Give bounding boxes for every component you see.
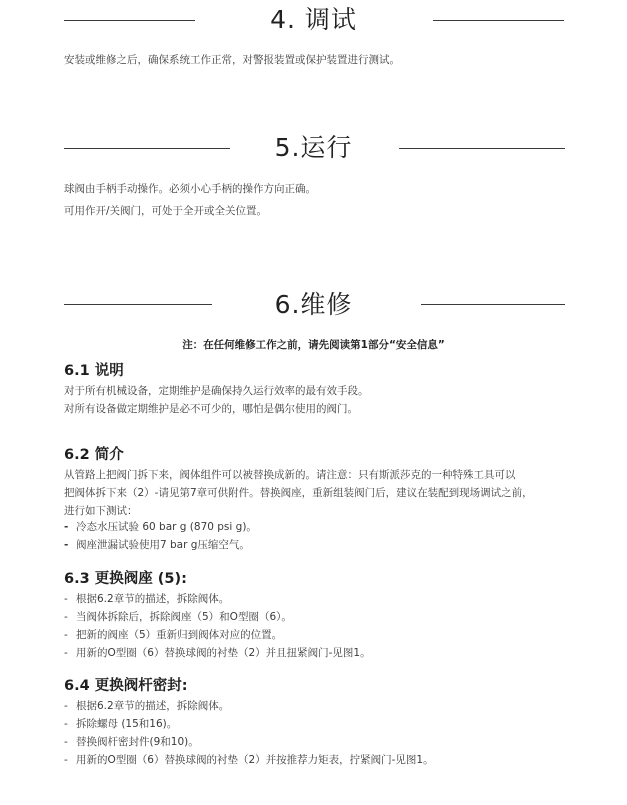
divider-right	[433, 20, 564, 21]
bullet-dash: -	[64, 626, 76, 644]
section-6-3-heading: 6.3 更换阀座 (5):	[64, 570, 187, 588]
section-6-1-line: 对所有设备做定期维护是必不可少的，哪怕是偶尔使用的阀门。	[64, 402, 358, 416]
list-item: -当阀体拆除后，拆除阀座（5）和O型圈（6）。	[64, 608, 371, 626]
list-item: -把新的阀座（5）重新归到阀体对应的位置。	[64, 626, 371, 644]
list-item: -冷态水压试验 60 bar g (870 psi g)。	[64, 518, 257, 536]
bullet-dash: -	[64, 715, 76, 733]
list-item: -用新的O型圈（6）替换球阀的衬垫（2）并且扭紧阀门-见图1。	[64, 644, 371, 662]
bullet-dash: -	[64, 644, 76, 662]
safety-note: 注：在任何维修工作之前，请先阅读第1部分“安全信息”	[0, 338, 627, 352]
divider-right	[399, 148, 565, 149]
list-item: -替换阀杆密封件(9和10)。	[64, 733, 434, 751]
chapter-4-paragraph: 安装或维修之后，确保系统工作正常，对警报装置或保护装置进行测试。	[64, 53, 400, 67]
section-6-1-heading: 6.1 说明	[64, 362, 124, 380]
bullet-dash: -	[64, 608, 76, 626]
list-item: -拆除螺母 (15和16)。	[64, 715, 434, 733]
chapter-4-header: 4. 调试	[0, 0, 627, 40]
bullet-dash: -	[64, 590, 76, 608]
bullet-dash: -	[64, 751, 76, 769]
section-6-2-heading: 6.2 简介	[64, 446, 124, 464]
section-6-2-line: 从管路上把阀门拆下来，阀体组件可以被替换成新的。请注意：只有斯派莎克的一种特殊工…	[64, 468, 516, 482]
chapter-6-header: 6.维修	[0, 285, 627, 325]
chapter-5-header: 5.运行	[0, 128, 627, 168]
list-item: -阀座泄漏试验使用7 bar g压缩空气。	[64, 536, 257, 554]
section-6-2-line: 进行如下测试：	[64, 504, 138, 518]
list-item: -根据6.2章节的描述，拆除阀体。	[64, 590, 371, 608]
section-6-2-test-list: -冷态水压试验 60 bar g (870 psi g)。 -阀座泄漏试验使用7…	[64, 518, 257, 554]
section-6-3-steps: -根据6.2章节的描述，拆除阀体。 -当阀体拆除后，拆除阀座（5）和O型圈（6）…	[64, 590, 371, 662]
bullet-dash: -	[64, 536, 76, 554]
section-6-1-line: 对于所有机械设备，定期维护是确保持久运行效率的最有效手段。	[64, 384, 369, 398]
list-item: -根据6.2章节的描述，拆除阀体。	[64, 697, 434, 715]
list-item: -用新的O型圈（6）替换球阀的衬垫（2）并按推荐力矩表，拧紧阀门-见图1。	[64, 751, 434, 769]
chapter-5-paragraph-1: 球阀由手柄手动操作。必须小心手柄的操作方向正确。	[64, 182, 316, 196]
section-6-4-heading: 6.4 更换阀杆密封:	[64, 677, 188, 695]
section-6-2-line: 把阀体拆下来（2）-请见第7章可供附件。替换阀座，重新组装阀门后，建议在装配到现…	[64, 486, 533, 500]
section-6-4-steps: -根据6.2章节的描述，拆除阀体。 -拆除螺母 (15和16)。 -替换阀杆密封…	[64, 697, 434, 769]
chapter-6-title: 6.维修	[0, 285, 627, 325]
bullet-dash: -	[64, 697, 76, 715]
bullet-dash: -	[64, 518, 76, 536]
divider-right	[421, 304, 565, 305]
chapter-5-paragraph-2: 可用作开/关阀门，可处于全开或全关位置。	[64, 204, 267, 218]
bullet-dash: -	[64, 733, 76, 751]
